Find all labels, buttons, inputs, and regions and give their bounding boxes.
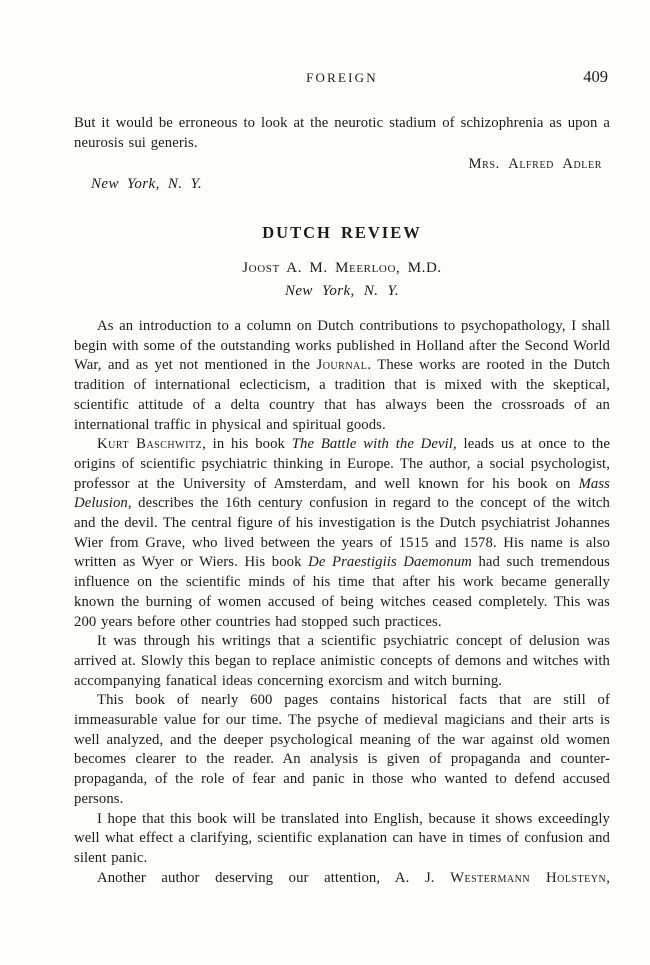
- body-paragraph: I hope that this book will be translated…: [74, 810, 610, 869]
- body-paragraph: As an introduction to a column on Dutch …: [74, 317, 610, 435]
- body-paragraph: This book of nearly 600 pages contains h…: [74, 691, 610, 809]
- article-title: DUTCH REVIEW: [74, 222, 610, 244]
- article-location: New York, N. Y.: [74, 281, 610, 301]
- body-paragraph: Kurt Baschwitz, in his book The Battle w…: [74, 435, 610, 632]
- previous-article-location: New York, N. Y.: [74, 174, 610, 194]
- previous-article-closing-paragraph: But it would be erroneous to look at the…: [74, 113, 610, 153]
- previous-article-signature: Mrs. Alfred Adler: [74, 154, 610, 174]
- body-paragraph: Another author deserving our attention, …: [74, 869, 610, 889]
- article-author: Joost A. M. Meerloo, M.D.: [74, 258, 610, 278]
- journal-page: FOREIGN 409 But it would be erroneous to…: [0, 0, 650, 965]
- article-body: As an introduction to a column on Dutch …: [74, 317, 610, 888]
- body-paragraph: It was through his writings that a scien…: [74, 632, 610, 691]
- running-head: FOREIGN 409: [74, 70, 610, 90]
- running-head-section: FOREIGN: [74, 70, 610, 86]
- page-number: 409: [583, 67, 608, 87]
